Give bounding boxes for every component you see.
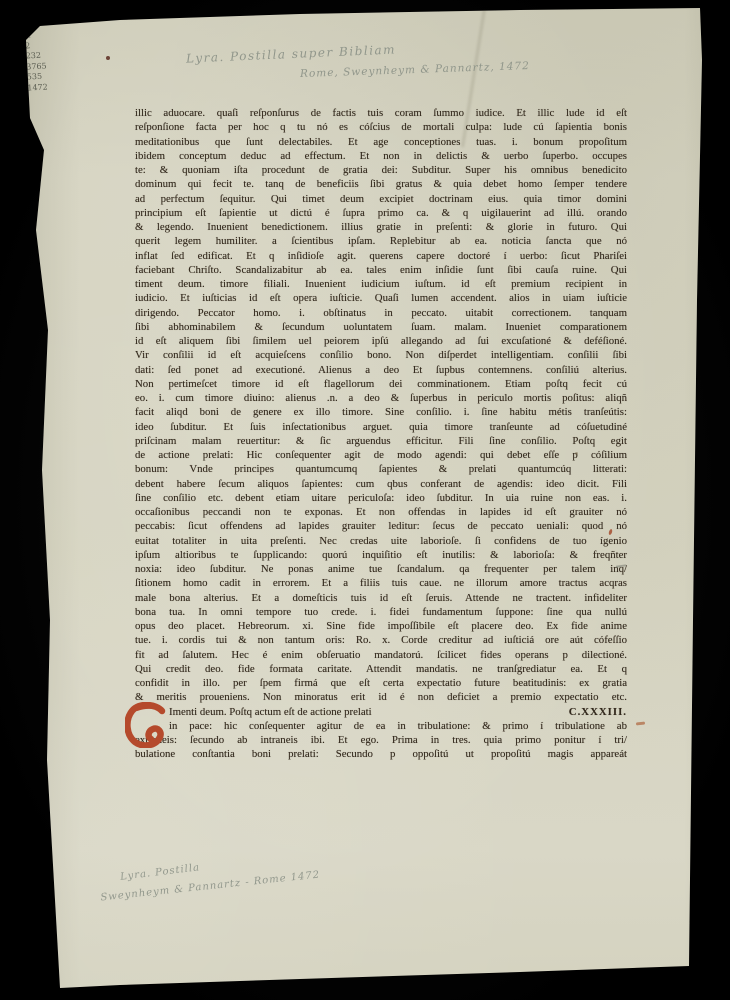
manuscript-page: X223237655351472 Lyra. Postilla super Bi… [0, 0, 730, 1000]
text-lines: illic aduocare. quaſi reſponſurus de fac… [135, 106, 627, 762]
text-line: ſibi abhominabilem & ſecundum uoluntatem… [135, 320, 627, 334]
pencil-annotation-title: Lyra. Postilla super Bibliam [186, 42, 397, 65]
text-line: male bona alterius. Et a domeſticis tuis… [135, 591, 627, 605]
text-line: Non pertimeſcet timore id eſt flagelloru… [135, 377, 627, 391]
text-line: bulatione conſtantia boni prelati: Secun… [135, 747, 627, 761]
shelfmark-number: 1472 [27, 82, 48, 94]
pencil-annotation-bottom-title: Lyra. Postilla [120, 862, 201, 883]
text-line: dominum qui fecit te. tanq de beneficiis… [135, 177, 627, 191]
photo-background: X223237655351472 Lyra. Postilla super Bi… [0, 0, 730, 1000]
red-initial-T [125, 702, 167, 748]
text-line: faciebant Chriſto. Scandalizabitur ab ea… [135, 263, 627, 277]
text-line: occaſionibus peccandi non te exponas. Et… [135, 505, 627, 519]
printed-text-block: illic aduocare. quaſi reſponſurus de fac… [135, 106, 627, 762]
text-line: illic aduocare. quaſi reſponſurus de fac… [135, 106, 627, 120]
text-line: tue. i. cordis tui & non tantum oris: Ro… [135, 633, 627, 647]
text-line: noxia: ideo ſubditur. Ne ponas anime tue… [135, 562, 627, 576]
paper-fleck [575, 452, 578, 455]
text-line: dirigendo. Peccator homo. i. obſtinatus … [135, 306, 627, 320]
text-line: in pace: hic conſequenter agitur de ea i… [135, 719, 627, 733]
text-line: ad perfectum ſequitur. Qui timet deum ex… [135, 192, 627, 206]
text-line: id eſt aliquem ſibi ſimilem uel peiorem … [135, 334, 627, 348]
text-line: opus deo placet. Hebreorum. xi. Sine fid… [135, 619, 627, 633]
text-line: dati: ſed ponet ad executioné. Alienus a… [135, 363, 627, 377]
text-line: querit legem humiliter. a ſcientibus ipſ… [135, 234, 627, 248]
text-line: & meritis proueniens. Non minoratus erit… [135, 690, 627, 704]
text-line: iudicio. Et iuſticias id eſt opera iuſti… [135, 291, 627, 305]
text-line: eo. i. cum timore diuino: alienus .n. a … [135, 391, 627, 405]
ink-speck [106, 56, 110, 60]
text-line: de actione prelati: Hic conſequenter agi… [135, 448, 627, 462]
chapter-number: C.XXXIII. [569, 705, 627, 719]
text-line: reſponſione facta per hoc q tu nó es cóſ… [135, 120, 627, 134]
text-line: facit aliqd boni de genere ex illo timor… [135, 405, 627, 419]
text-line: Vir conſilii id eſt acquieſcens conſilio… [135, 348, 627, 362]
pencil-annotation-imprint: Rome, Sweynheym & Pannartz, 1472 [300, 60, 530, 80]
shelfmark-numbers: X223237655351472 [24, 30, 48, 94]
shelfmark-number: 3765 [26, 61, 47, 73]
text-line: ibidem conceptum deduc ad effectum. Et n… [135, 149, 627, 163]
text-line: meditationibus que ſunt delectabiles. Et… [135, 135, 627, 149]
text-line: inflat ſed edificat. Et q inſidioſe agit… [135, 249, 627, 263]
text-line: extraneis: ſecundo ab intraneis ibi. Et … [135, 733, 627, 747]
text-line: ſine conſilio etc. debent etiam uitare p… [135, 491, 627, 505]
text-line: priſcinam malam reuertitur: & ſic arguen… [135, 434, 627, 448]
text-line: peccabis: ſicut offendens ad lapides gra… [135, 519, 627, 533]
text-line: principium eſt ſapientie ut dictú é ſupr… [135, 206, 627, 220]
text-line: Imenti deum. Poſtq actum eſt de actione … [135, 705, 627, 719]
chapter-opening-text: Imenti deum. Poſtq actum eſt de actione … [169, 705, 372, 719]
text-line: debent habere ſecum aliquos ſapientes: c… [135, 477, 627, 491]
text-line: ipſum altioribus te ſupplicando: quorú i… [135, 548, 627, 562]
text-line: timent deum. timore filiali. Inuenient i… [135, 277, 627, 291]
text-line: euitat totaliter in uita preſenti. Nec c… [135, 534, 627, 548]
text-line: bona tua. In omni tempore tuo crede. i. … [135, 605, 627, 619]
text-line: ideo ſubditur. Et ſuis inſectationibus a… [135, 420, 627, 434]
text-line: fit ad ſalutem. Hec é enim obſeruatio ma… [135, 648, 627, 662]
text-line: & legendo. Inuenient benedictionem. illi… [135, 220, 627, 234]
text-line: confidit in illo. per ſpem firmá que eſt… [135, 676, 627, 690]
text-line: te: & quoniam iſta procedunt de gratia d… [135, 163, 627, 177]
rust-dash [636, 722, 645, 726]
text-line: bonum: Vnde principes quantumcumq ſapien… [135, 462, 627, 476]
text-line: Qui credit deo. fide formata caritate. A… [135, 662, 627, 676]
text-line: ſitionem homo cadit in errorem. Et a fil… [135, 576, 627, 590]
